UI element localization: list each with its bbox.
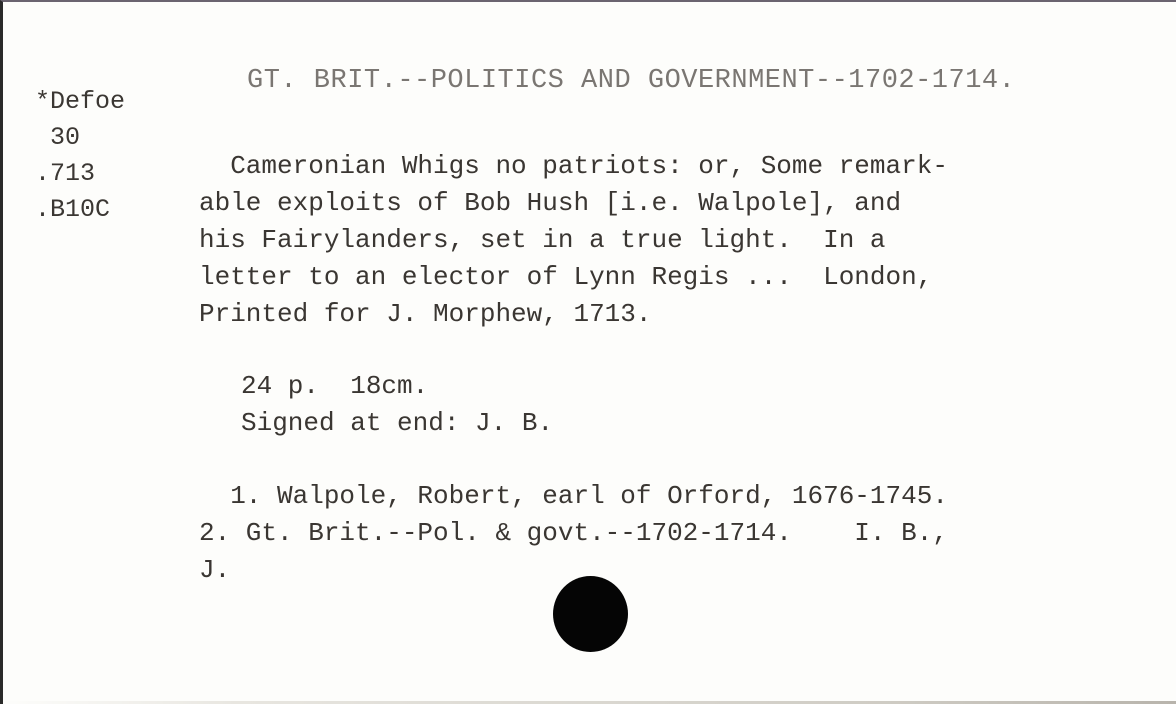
tracing-line: 2. Gt. Brit.--Pol. & govt.--1702-1714. I… xyxy=(199,515,948,552)
description-line: his Fairylanders, set in a true light. I… xyxy=(199,222,948,259)
note-line: Signed at end: J. B. xyxy=(241,405,553,442)
description-line: letter to an elector of Lynn Regis ... L… xyxy=(199,259,948,296)
description-line: Printed for J. Morphew, 1713. xyxy=(199,296,948,333)
bibliographic-description: Cameronian Whigs no patriots: or, Some r… xyxy=(199,148,948,333)
call-number-line: *Defoe xyxy=(35,84,125,120)
description-line: able exploits of Bob Hush [i.e. Walpole]… xyxy=(199,185,948,222)
catalog-card: *Defoe 30 .713 .B10C GT. BRIT.--POLITICS… xyxy=(0,0,1176,704)
call-number-line: .B10C xyxy=(35,192,125,228)
collation-line: 24 p. 18cm. xyxy=(241,368,553,405)
call-number-line: .713 xyxy=(35,156,125,192)
tracing-line: 1. Walpole, Robert, earl of Orford, 1676… xyxy=(199,478,948,515)
call-number: *Defoe 30 .713 .B10C xyxy=(35,84,125,228)
call-number-line: 30 xyxy=(35,120,125,156)
punch-hole-icon xyxy=(553,576,628,652)
subject-heading: GT. BRIT.--POLITICS AND GOVERNMENT--1702… xyxy=(247,66,1015,96)
tracings: 1. Walpole, Robert, earl of Orford, 1676… xyxy=(199,478,948,589)
collation-notes: 24 p. 18cm. Signed at end: J. B. xyxy=(241,368,553,442)
description-line: Cameronian Whigs no patriots: or, Some r… xyxy=(199,148,948,185)
